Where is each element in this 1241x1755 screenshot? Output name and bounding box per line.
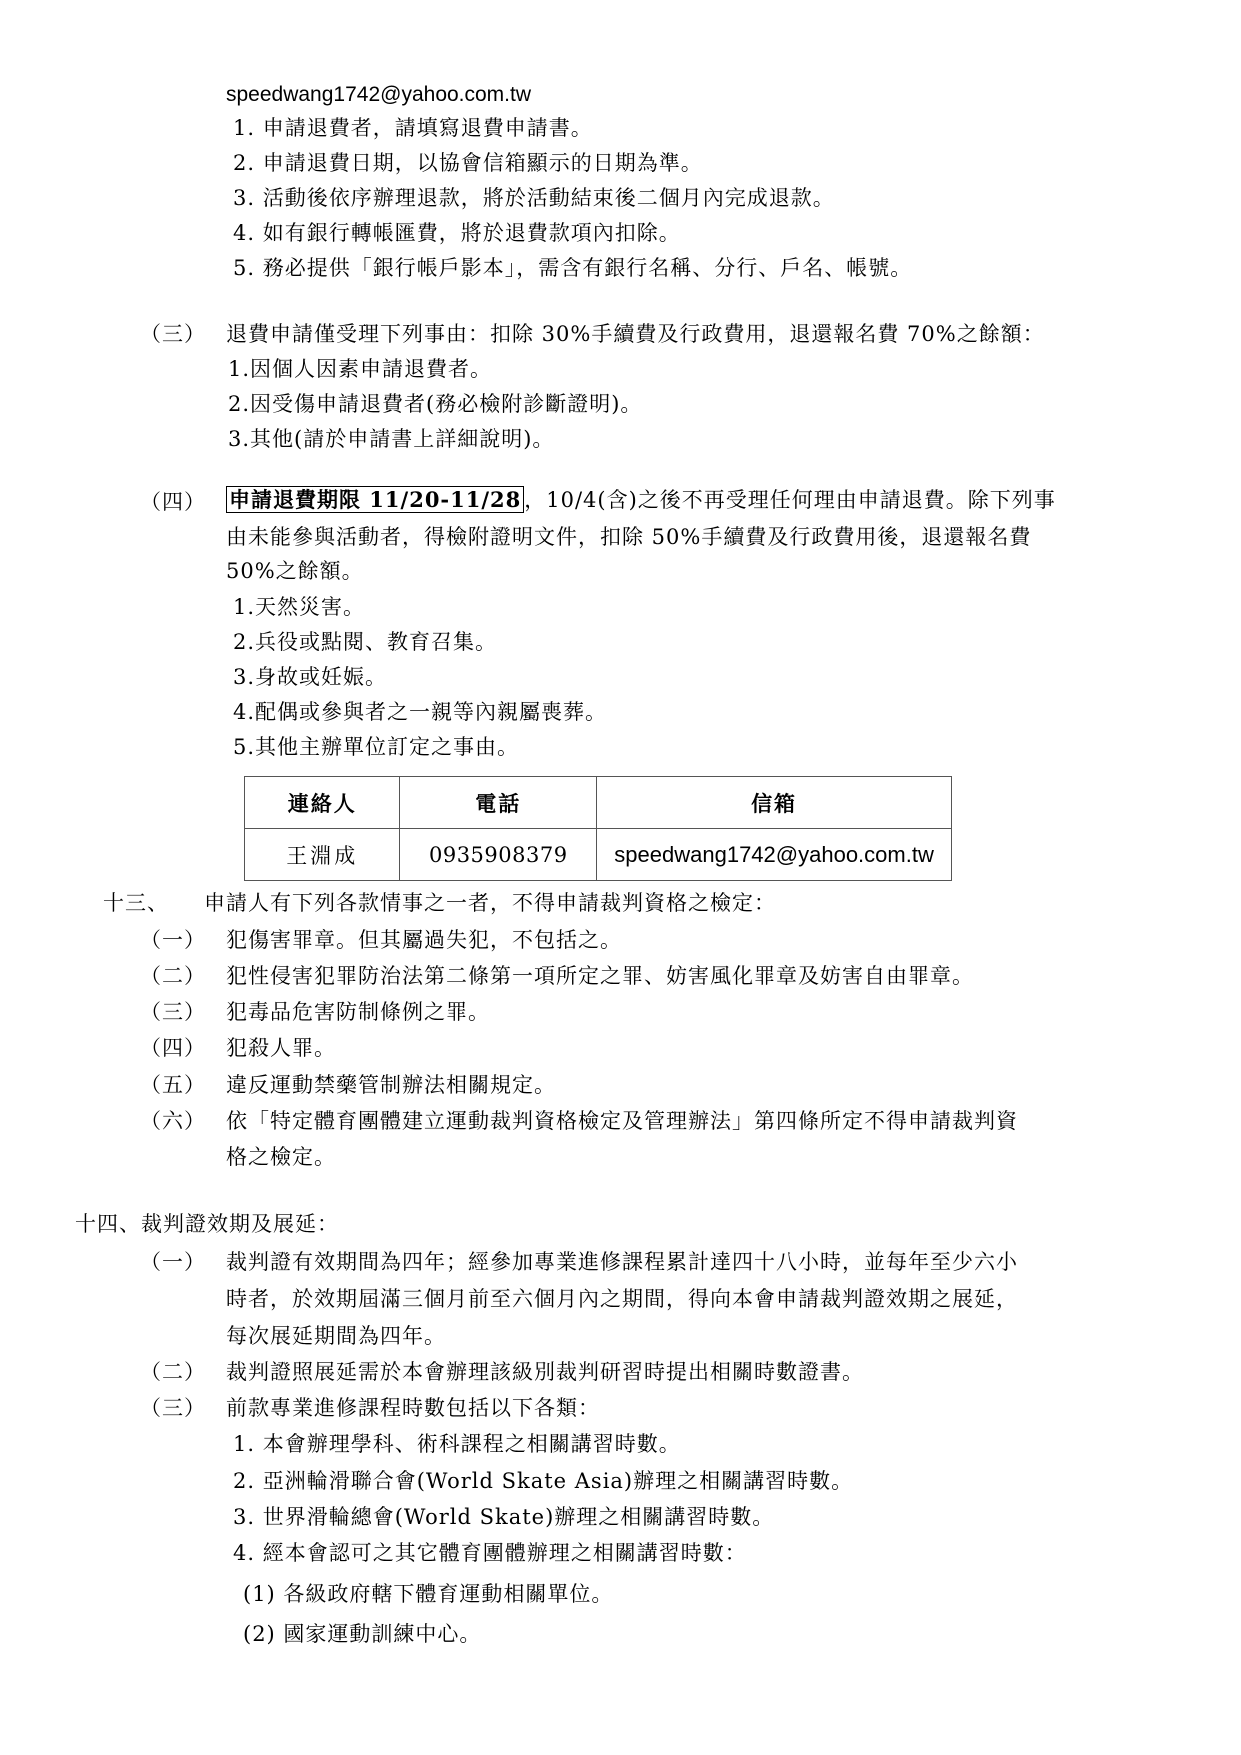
refund-step-3: 3. 活動後依序辦理退款，將於活動結束後二個月內完成退款。 bbox=[233, 184, 835, 212]
section-4-first-line: 申請退費期限 11/20-11/28，10/4(含)之後不再受理任何理由申請退費… bbox=[226, 486, 1056, 514]
article-13-item-3: 犯毒品危害防制條例之罪。 bbox=[226, 998, 490, 1026]
article-14-item-3: 前款專業進修課程時數包括以下各類： bbox=[226, 1394, 600, 1422]
header-phone: 電話 bbox=[400, 777, 597, 829]
section-4-marker: （四） bbox=[140, 488, 206, 516]
article-14-item-3-marker: （三） bbox=[140, 1394, 206, 1422]
article-13-item-6-cont: 格之檢定。 bbox=[226, 1143, 336, 1171]
article-13-item-1: 犯傷害罪章。但其屬過失犯，不包括之。 bbox=[226, 926, 622, 954]
header-email: 信箱 bbox=[597, 777, 952, 829]
top-email: speedwang1742@yahoo.com.tw bbox=[226, 81, 531, 109]
section-3-item-2: 2.因受傷申請退費者(務必檢附診斷證明)。 bbox=[228, 390, 642, 418]
contact-table: 連絡人 電話 信箱 王淵成 0935908379 speedwang1742@y… bbox=[244, 776, 952, 881]
refund-deadline-box: 申請退費期限 11/20-11/28 bbox=[226, 486, 524, 513]
contact-name: 王淵成 bbox=[245, 829, 400, 881]
section-4-text-line2: 由未能參與活動者，得檢附證明文件，扣除 50%手續費及行政費用後，退還報名費 bbox=[226, 523, 1031, 551]
article-14-item-1-cont1: 時者，於效期屆滿三個月前至六個月內之期間，得向本會申請裁判證效期之展延， bbox=[226, 1285, 1018, 1313]
article-13-item-4: 犯殺人罪。 bbox=[226, 1034, 336, 1062]
section-4-item-4: 4.配偶或參與者之一親等內親屬喪葬。 bbox=[233, 698, 607, 726]
article-13-item-6: 依「特定體育團體建立運動裁判資格檢定及管理辦法」第四條所定不得申請裁判資 bbox=[226, 1107, 1018, 1135]
article-13-item-6-marker: （六） bbox=[140, 1107, 206, 1135]
section-4-item-5: 5.其他主辦單位訂定之事由。 bbox=[233, 733, 519, 761]
article-13-item-5-marker: （五） bbox=[140, 1071, 206, 1099]
refund-step-4: 4. 如有銀行轉帳匯費，將於退費款項內扣除。 bbox=[233, 219, 681, 247]
section-4-item-3: 3.身故或妊娠。 bbox=[233, 663, 387, 691]
sub-category-1: (1) 各級政府轄下體育運動相關單位。 bbox=[243, 1580, 613, 1608]
article-14-title: 十四、裁判證效期及展延： bbox=[75, 1210, 339, 1238]
header-contact-person: 連絡人 bbox=[245, 777, 400, 829]
article-13-item-3-marker: （三） bbox=[140, 998, 206, 1026]
section-3-item-3: 3.其他(請於申請書上詳細說明)。 bbox=[228, 425, 554, 453]
refund-step-5: 5. 務必提供「銀行帳戶影本」，需含有銀行名稱、分行、戶名、帳號。 bbox=[233, 254, 912, 282]
article-14-item-2-marker: （二） bbox=[140, 1358, 206, 1386]
sub-category-2: (2) 國家運動訓練中心。 bbox=[243, 1620, 481, 1648]
category-4: 4. 經本會認可之其它體育團體辦理之相關講習時數： bbox=[233, 1539, 747, 1567]
article-13-title: 申請人有下列各款情事之一者，不得申請裁判資格之檢定： bbox=[204, 889, 776, 917]
section-3-marker: （三） bbox=[140, 320, 206, 348]
article-14-item-1-cont2: 每次展延期間為四年。 bbox=[226, 1322, 446, 1350]
category-1: 1. 本會辦理學科、術科課程之相關講習時數。 bbox=[233, 1430, 681, 1458]
section-4-item-2: 2.兵役或點閱、教育召集。 bbox=[233, 628, 497, 656]
contact-email: speedwang1742@yahoo.com.tw bbox=[597, 829, 952, 881]
category-3: 3. 世界滑輪總會(World Skate)辦理之相關講習時數。 bbox=[233, 1503, 774, 1531]
category-2: 2. 亞洲輪滑聯合會(World Skate Asia)辦理之相關講習時數。 bbox=[233, 1467, 853, 1495]
article-13-item-1-marker: （一） bbox=[140, 926, 206, 954]
article-13-item-5: 違反運動禁藥管制辦法相關規定。 bbox=[226, 1071, 556, 1099]
article-13-item-2: 犯性侵害犯罪防治法第二條第一項所定之罪、妨害風化罪章及妨害自由罪章。 bbox=[226, 962, 974, 990]
section-3-item-1: 1.因個人因素申請退費者。 bbox=[228, 355, 492, 383]
article-13-item-4-marker: （四） bbox=[140, 1034, 206, 1062]
refund-step-2: 2. 申請退費日期，以協會信箱顯示的日期為準。 bbox=[233, 149, 703, 177]
contact-table-header: 連絡人 電話 信箱 bbox=[245, 777, 952, 829]
article-14-item-1-marker: （一） bbox=[140, 1248, 206, 1276]
article-14-item-2: 裁判證照展延需於本會辦理該級別裁判研習時提出相關時數證書。 bbox=[226, 1358, 864, 1386]
section-4-text-line1: ，10/4(含)之後不再受理任何理由申請退費。除下列事 bbox=[524, 488, 1056, 512]
article-13-item-2-marker: （二） bbox=[140, 962, 206, 990]
table-row: 王淵成 0935908379 speedwang1742@yahoo.com.t… bbox=[245, 829, 952, 881]
section-4-item-1: 1.天然災害。 bbox=[233, 593, 365, 621]
section-4-text-line3: 50%之餘額。 bbox=[226, 557, 364, 585]
article-13-marker: 十三、 bbox=[103, 889, 169, 917]
article-14-item-1: 裁判證有效期間為四年；經參加專業進修課程累計達四十八小時，並每年至少六小 bbox=[226, 1248, 1018, 1276]
section-3-text: 退費申請僅受理下列事由：扣除 30%手續費及行政費用，退還報名費 70%之餘額： bbox=[226, 320, 1045, 348]
refund-step-1: 1. 申請退費者，請填寫退費申請書。 bbox=[233, 114, 593, 142]
contact-phone: 0935908379 bbox=[400, 829, 597, 881]
